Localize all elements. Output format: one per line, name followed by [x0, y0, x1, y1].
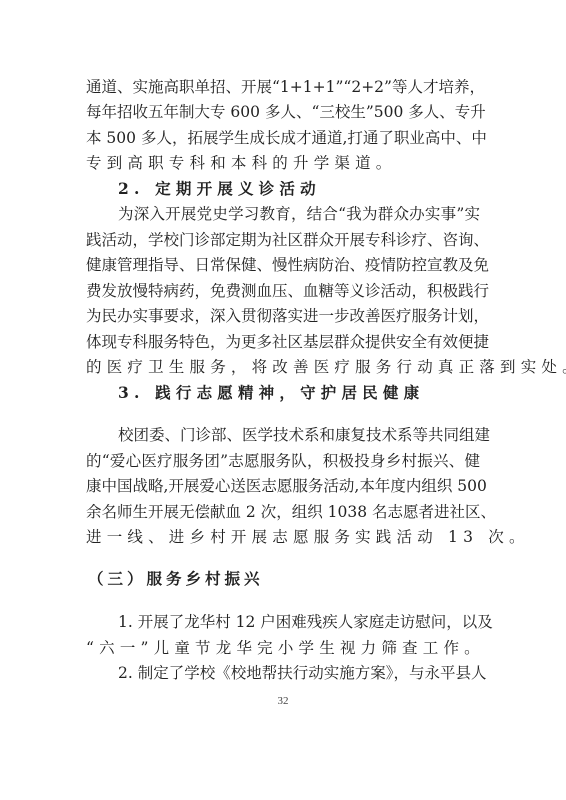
section-heading: （三）服务乡村振兴 — [88, 569, 482, 589]
paragraph-line: 本 500 多人，拓展学生成长成才通道,打通了职业高中、中 — [86, 128, 480, 148]
paragraph-line: 为民办实事要求，深入贯彻落实进一步改善医疗服务计划， — [86, 306, 480, 326]
paragraph-line: 通道、实施高职单招、开展“1+1+1”“2+2”等人才培养， — [86, 77, 480, 97]
document-page: 通道、实施高职单招、开展“1+1+1”“2+2”等人才培养， 每年招收五年制大专… — [0, 0, 566, 800]
paragraph-line: 体现专科服务特色，为更多社区基层群众提供安全有效便捷 — [86, 332, 480, 352]
paragraph-line: 的医疗卫生服务，将改善医疗服务行动真正落到实处。 — [86, 357, 480, 377]
paragraph-line: 为深入开展党史学习教育，结合“我为群众办实事”实 — [118, 204, 480, 224]
paragraph-line: 康中国战略,开展爱心送医志愿服务活动,本年度内组织 500 — [86, 476, 480, 496]
paragraph-line: 校团委、门诊部、医学技术系和康复技术系等共同组建 — [118, 425, 480, 445]
page-number: 32 — [0, 695, 566, 707]
subsection-heading: 2. 定期开展义诊活动 — [118, 179, 480, 199]
paragraph-line: 专到高职专科和本科的升学渠道。 — [86, 153, 480, 173]
paragraph-line: 的“爱心医疗服务团”志愿服务队，积极投身乡村振兴、健 — [86, 451, 480, 471]
paragraph-line: 健康管理指导、日常保健、慢性病防治、疫情防控宣教及免 — [86, 255, 480, 275]
paragraph-line: 2. 制定了学校《校地帮扶行动实施方案》，与永平县人 — [118, 663, 480, 683]
paragraph-line: 费发放慢特病药，免费测血压、血糖等义诊活动，积极践行 — [86, 281, 480, 301]
paragraph-line: 1. 开展了龙华村 12 户困难残疾人家庭走访慰问，以及 — [118, 612, 480, 632]
subsection-heading: 3. 践行志愿精神，守护居民健康 — [118, 383, 480, 403]
paragraph-line: 践活动，学校门诊部定期为社区群众开展专科诊疗、咨询、 — [86, 230, 480, 250]
paragraph-line: 每年招收五年制大专 600 多人、“三校生”500 多人、专升 — [86, 102, 480, 122]
paragraph-line: 余名师生开展无偿献血 2 次，组织 1038 名志愿者进社区、 — [86, 502, 480, 522]
paragraph-line: 进一线、进乡村开展志愿服务实践活动 13 次。 — [86, 527, 480, 547]
paragraph-line: “六一”儿童节龙华完小学生视力筛查工作。 — [86, 638, 480, 658]
